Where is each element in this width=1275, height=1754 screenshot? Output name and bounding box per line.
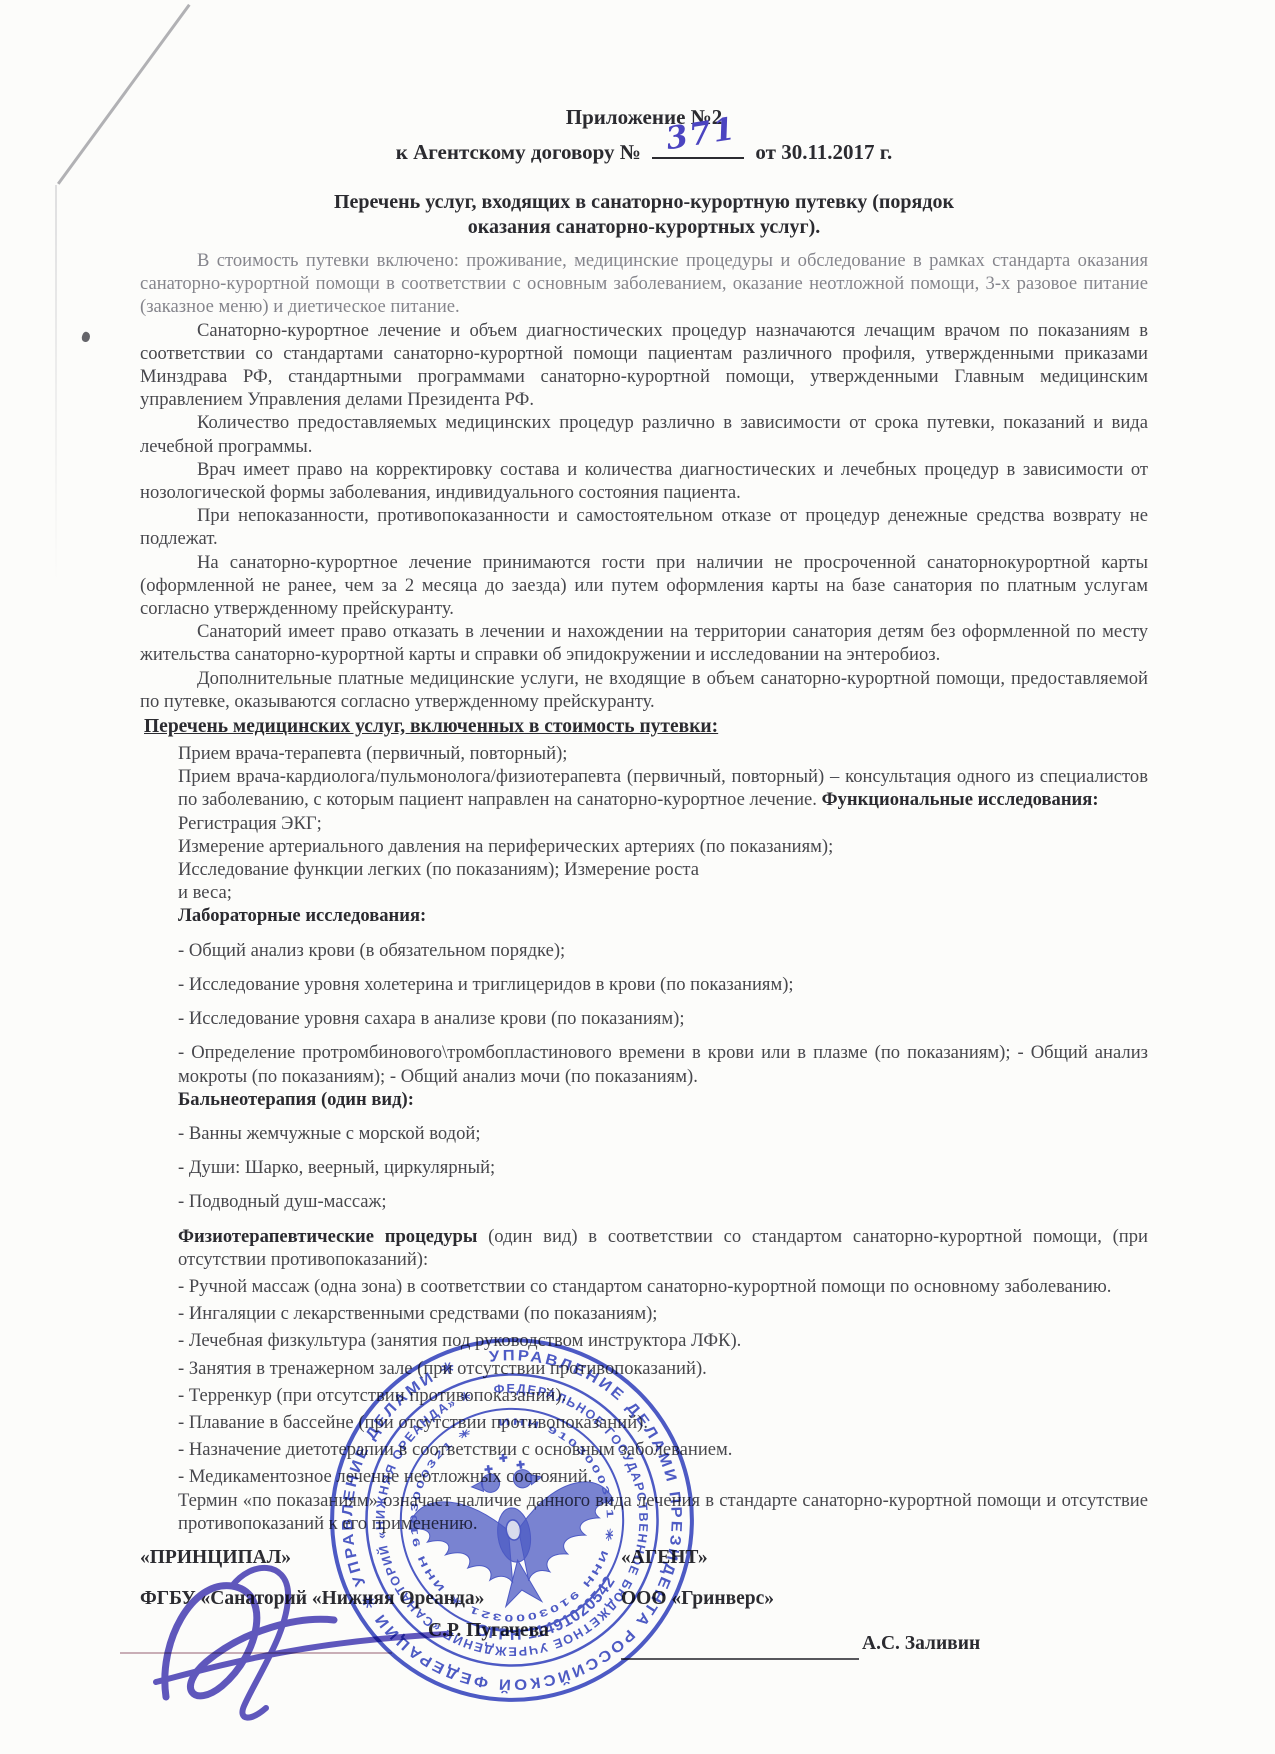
paragraph: Количество предоставляемых медицинских п…: [140, 411, 1148, 457]
contract-number-slot: 371: [652, 133, 744, 159]
service-item: - Исследование уровня холетерина и тригл…: [178, 973, 1148, 996]
service-item: - Определение протромбинового\тромбоплас…: [178, 1041, 1148, 1087]
doc-title-line1: Перечень услуг, входящих в санаторно-кур…: [140, 190, 1148, 215]
paragraph: Санаторий имеет право отказать в лечении…: [140, 620, 1148, 666]
service-item: Измерение артериального давления на пери…: [178, 835, 1148, 858]
service-item: Физиотерапевтические процедуры (один вид…: [178, 1225, 1148, 1271]
doc-title: Перечень услуг, входящих в санаторно-кур…: [140, 190, 1148, 240]
agreement-line-suffix: от 30.11.2017 г.: [755, 140, 892, 164]
contract-number-handwritten: 371: [664, 114, 739, 156]
service-item: - Подводный душ-массаж;: [178, 1190, 1148, 1213]
agreement-line: к Агентскому договору № 371 от 30.11.201…: [140, 133, 1148, 168]
service-item: и веса;: [178, 881, 1148, 904]
doc-header: Приложение №2 к Агентскому договору № 37…: [140, 102, 1148, 168]
service-item: Прием врача-кардиолога/пульмонолога/физи…: [178, 765, 1148, 811]
scan-speck: [81, 331, 92, 343]
doc-title-line2: оказания санаторно-курортных услуг).: [140, 215, 1148, 240]
paragraph: Врач имеет право на корректировку состав…: [140, 458, 1148, 504]
appendix-title: Приложение №2: [140, 102, 1148, 133]
service-item: Прием врача-терапевта (первичный, повтор…: [178, 742, 1148, 765]
agreement-line-prefix: к Агентскому договору №: [396, 140, 641, 164]
paragraph: Дополнительные платные медицинские услуг…: [140, 667, 1148, 713]
service-item: - Исследование уровня сахара в анализе к…: [178, 1007, 1148, 1030]
service-item: Исследование функции легких (по показани…: [178, 858, 1148, 881]
service-item: Бальнеотерапия (один вид):: [178, 1088, 1148, 1111]
scanned-document-page: Приложение №2 к Агентскому договору № 37…: [0, 0, 1275, 1754]
services-heading: Перечень медицинских услуг, включенных в…: [144, 715, 1148, 739]
handwritten-signature: [148, 1542, 468, 1747]
service-item: - Ручной массаж (одна зона) в соответств…: [178, 1275, 1148, 1298]
agent-signer-name: А.С. Заливин: [862, 1633, 980, 1655]
paragraph: При непоказанности, противопоказанности …: [140, 504, 1148, 550]
intro-paragraphs: В стоимость путевки включено: проживание…: [140, 249, 1148, 713]
paragraph: В стоимость путевки включено: проживание…: [140, 249, 1148, 319]
fold-line-artifact-faint: [55, 185, 57, 585]
paragraph: Санаторно-курортное лечение и объем диаг…: [140, 319, 1148, 412]
service-item: - Общий анализ крови (в обязательном пор…: [178, 939, 1148, 962]
service-item: - Ванны жемчужные с морской водой;: [178, 1122, 1148, 1145]
service-item: Регистрация ЭКГ;: [178, 812, 1148, 835]
service-item: - Души: Шарко, веерный, циркулярный;: [178, 1156, 1148, 1179]
paragraph: На санаторно-курортное лечение принимают…: [140, 551, 1148, 621]
service-item: Лабораторные исследования:: [178, 904, 1148, 927]
